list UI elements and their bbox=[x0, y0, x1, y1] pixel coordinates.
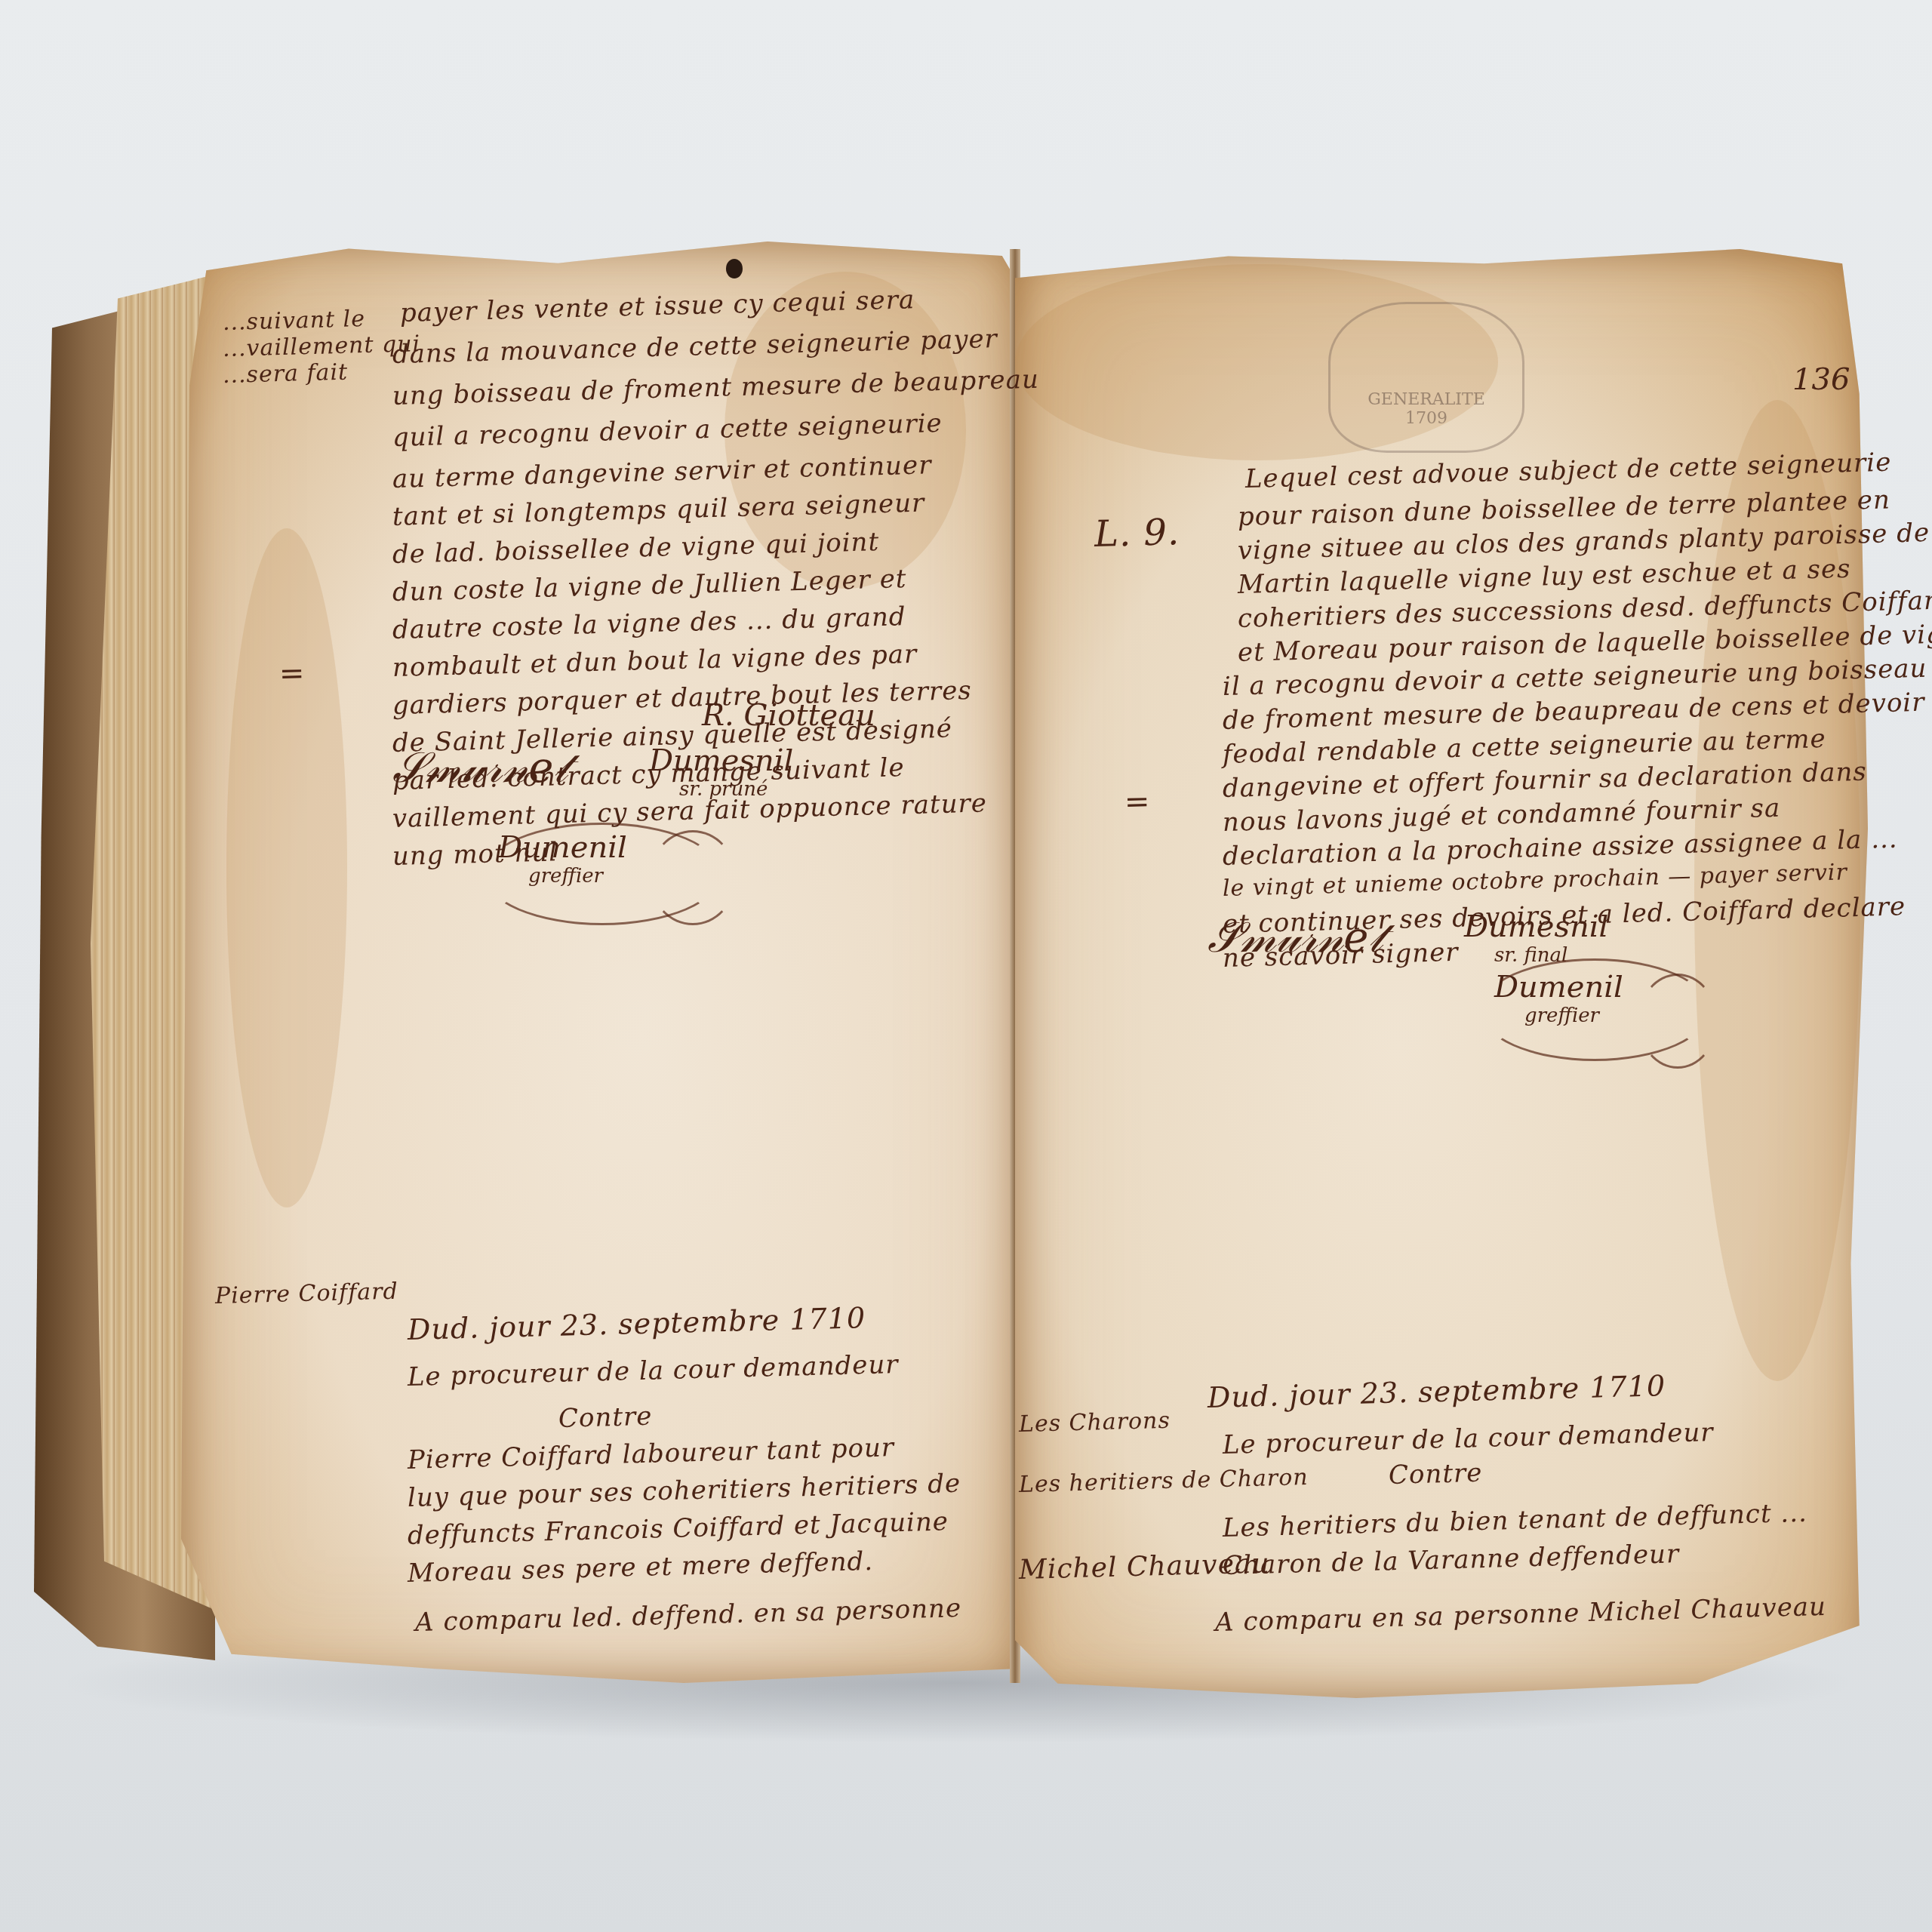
signature-flourish-text: 𝒮𝓂𝓊𝓇𝓃𝑒𝓉 bbox=[1207, 913, 1383, 963]
signature-name: R. Giotteau bbox=[702, 698, 875, 733]
water-stain bbox=[226, 528, 347, 1207]
signature-flourish-text: 𝒮𝓂𝓊𝓇𝓃𝑒𝓉 bbox=[392, 743, 568, 793]
dash-mark: = bbox=[278, 656, 306, 691]
stamp-text: GENERALITE bbox=[1367, 390, 1484, 409]
margin-name: Les Charons bbox=[1019, 1407, 1171, 1438]
section-mark: L. 9. bbox=[1094, 511, 1180, 555]
signature-name: Dumesnil bbox=[649, 743, 793, 778]
page-number: 136 bbox=[1792, 362, 1850, 397]
entry-contre: Contre bbox=[558, 1401, 652, 1434]
margin-note-line: ...suivant le bbox=[223, 306, 366, 336]
entry-contre: Contre bbox=[1388, 1458, 1482, 1491]
margin-name: Pierre Coiffard bbox=[215, 1278, 399, 1309]
signature-title: sr. pruné bbox=[679, 778, 793, 801]
tax-stamp-seal: GENERALITE 1709 bbox=[1328, 302, 1524, 453]
signature-flourish bbox=[649, 830, 737, 925]
signature-flourish bbox=[1638, 974, 1718, 1069]
signature: R. Giotteau bbox=[702, 698, 875, 733]
margin-note-line: ...vaillement qui bbox=[223, 331, 421, 362]
signature: Dumesnil sr. pruné bbox=[649, 743, 793, 801]
open-manuscript-book: ...suivant le ...vaillement qui ...sera … bbox=[0, 0, 1932, 1932]
signature-name: Dumesnil bbox=[1464, 909, 1608, 944]
margin-note-line: ...sera fait bbox=[223, 359, 349, 389]
ink-blot bbox=[726, 259, 743, 278]
stamp-text: 1709 bbox=[1405, 409, 1447, 428]
dash-mark: = bbox=[1124, 784, 1151, 820]
